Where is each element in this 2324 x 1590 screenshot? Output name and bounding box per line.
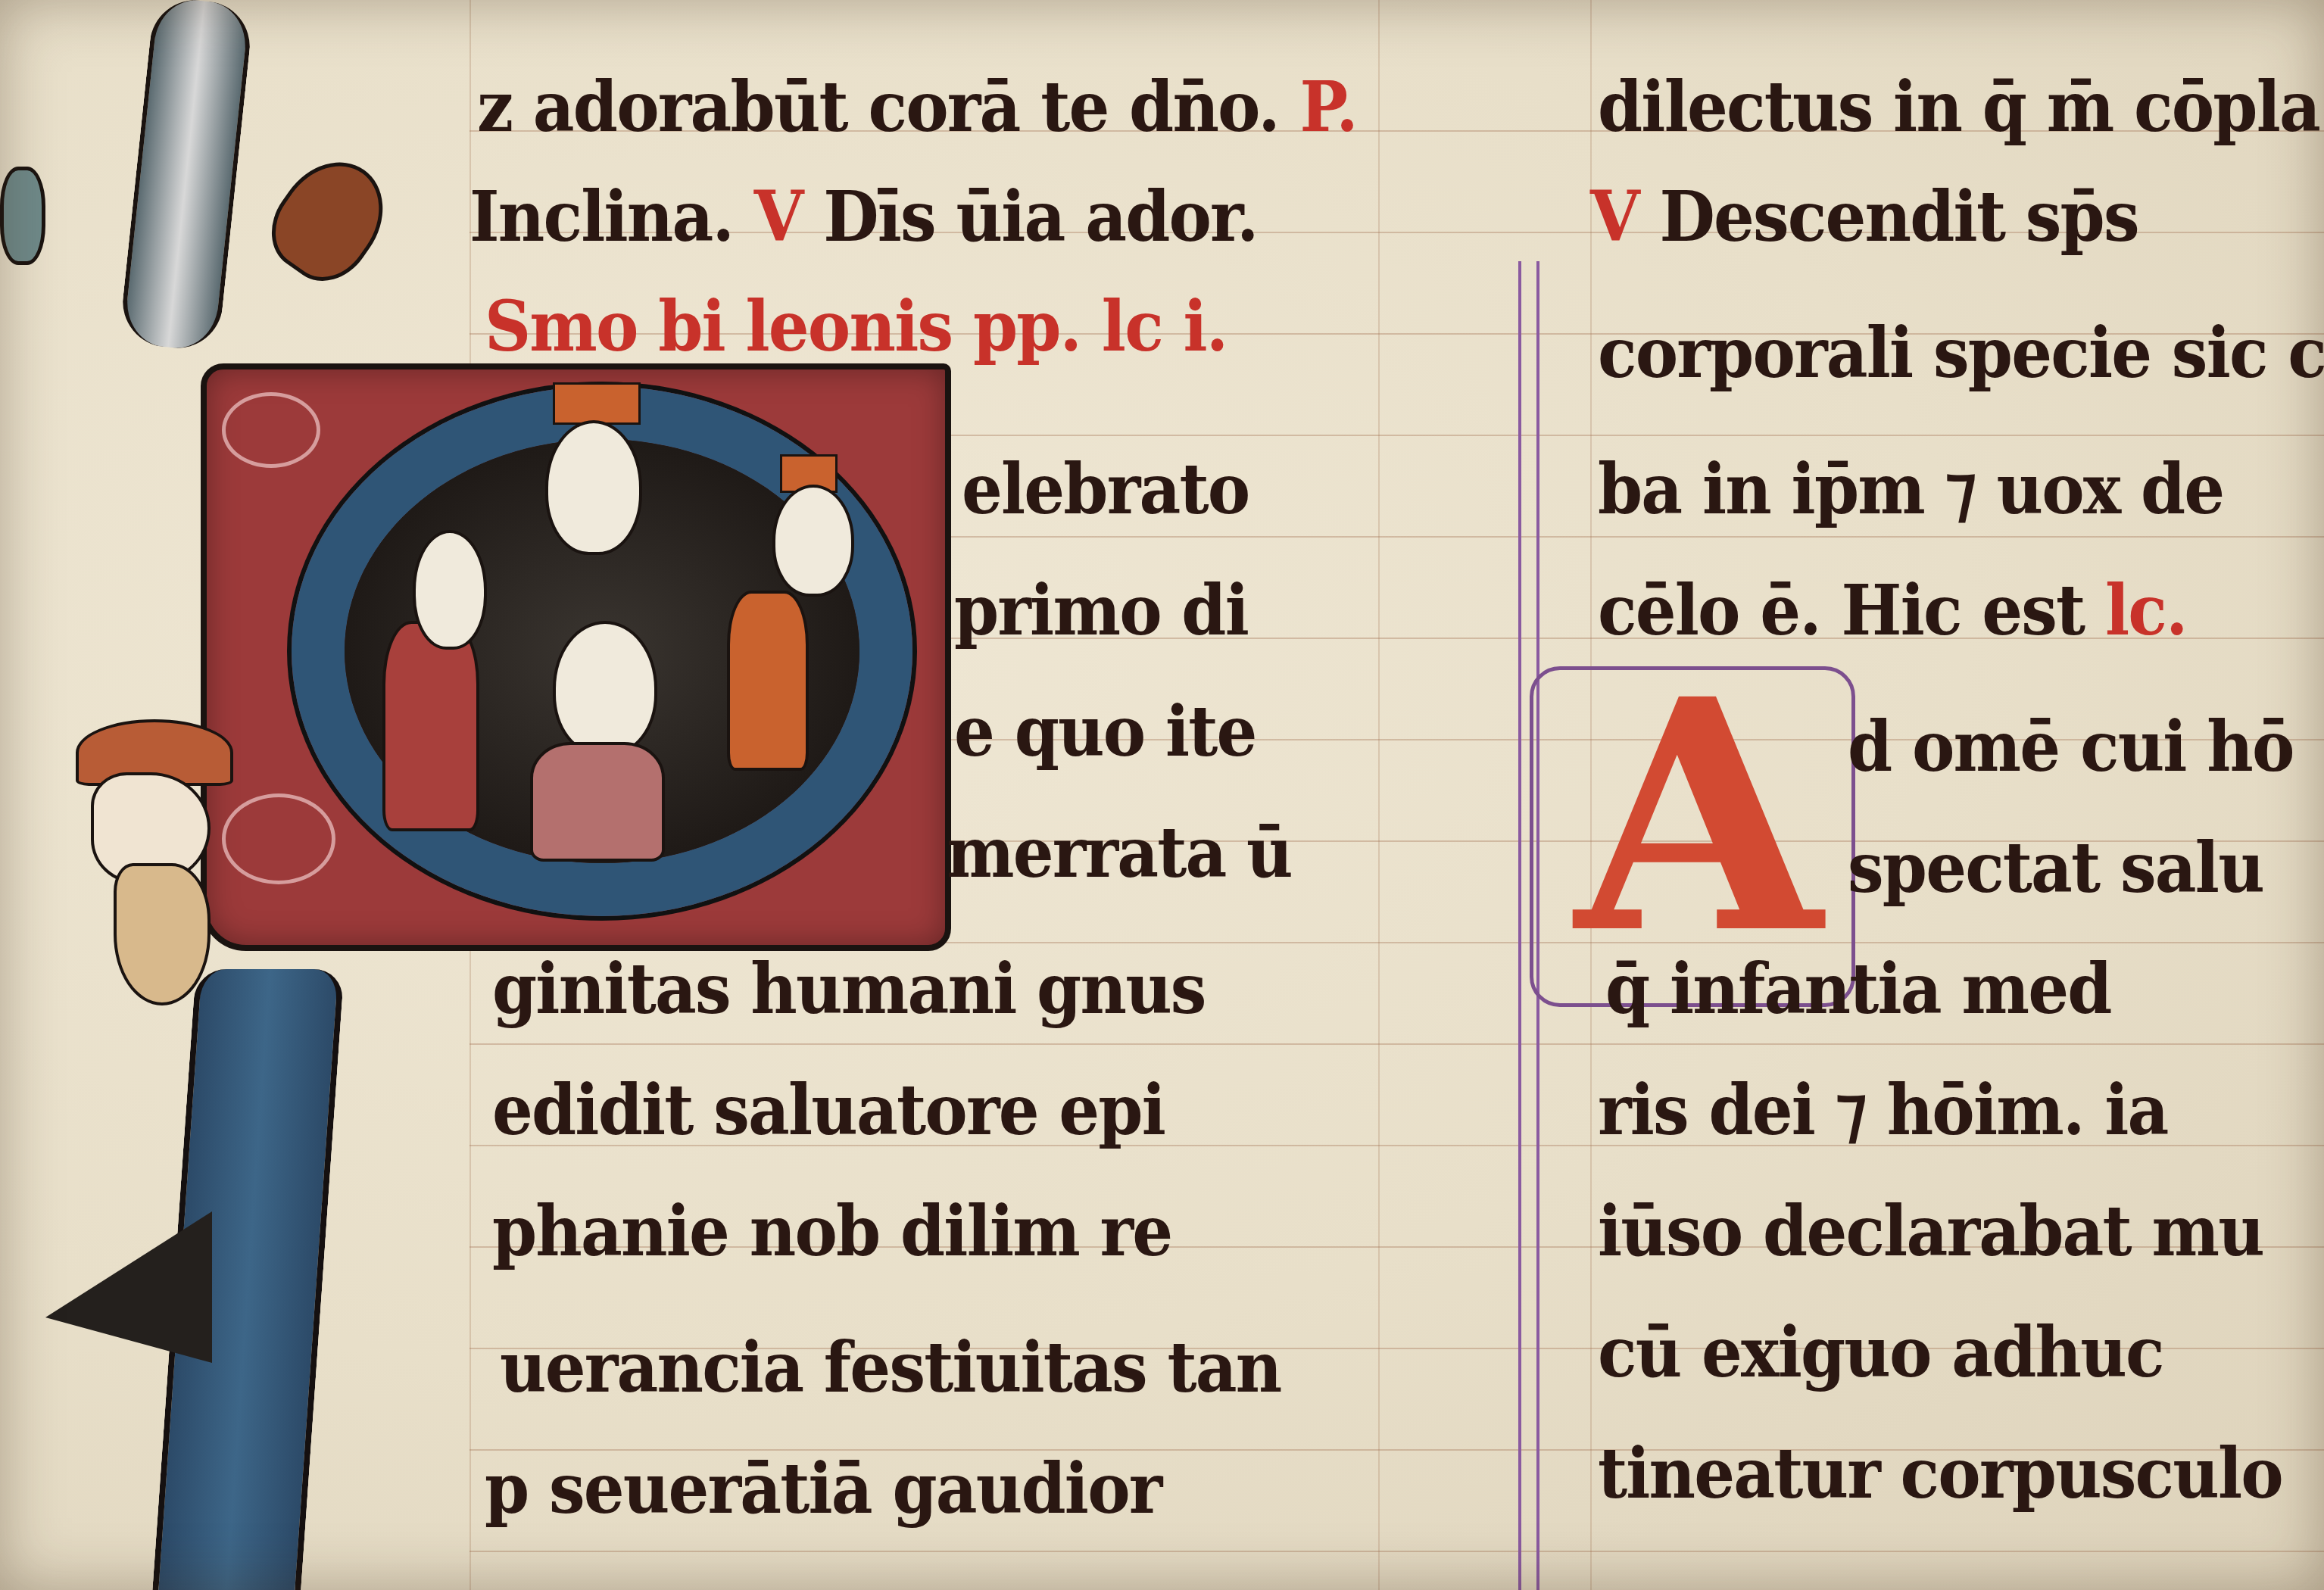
initial-a-letter: A [1575, 659, 1822, 977]
rubric-heading: Smo bi leonis pp. lc i. [485, 291, 1227, 361]
crown-icon [553, 382, 641, 425]
text-line: merrata ū [947, 818, 1292, 887]
text-line: ba in ip̄m ⁊ uox de [1598, 454, 2223, 524]
text-line: spectat salu [1848, 833, 2263, 903]
text-line: edidit saluatore epi [492, 1075, 1165, 1145]
text-line: q̄ infantia med [1605, 954, 2111, 1024]
rubric-mark: V [1590, 176, 1639, 257]
text-line: ginitas humani gnus [492, 954, 1206, 1024]
flourish [222, 793, 335, 884]
text-line: p seuerātiā gaudior [485, 1454, 1162, 1523]
text-line: phanie nob dilim re [492, 1196, 1171, 1266]
text-line: z adorabūt corā te dn̄o. P. [477, 72, 1357, 142]
right-king-figure [772, 485, 854, 597]
text-line: tineatur corpusculo [1598, 1439, 2282, 1508]
left-column-right-ruling [1378, 0, 1380, 1590]
brown-leaf-icon [254, 142, 404, 298]
text-line: elebrato [962, 454, 1249, 524]
text-line: primo di [954, 575, 1248, 645]
dark-wing-ornament [45, 1211, 212, 1363]
manuscript-page: z adorabūt corā te dn̄o. P. Inclina. V D… [0, 0, 2324, 1590]
grey-leaf-icon [0, 167, 45, 265]
rubric-mark: P. [1300, 66, 1357, 148]
text-line: uerancia festiuitas tan [500, 1333, 1281, 1402]
flourish [222, 392, 320, 468]
text-line: iūso declarabat mu [1598, 1196, 2263, 1266]
robe-right-figure [727, 591, 809, 771]
text-line: corporali specie sic colu [1598, 318, 2324, 388]
crowned-king-figure [545, 420, 642, 555]
bearded-head-profile [76, 719, 227, 931]
text-line: ris dei ⁊ hōim. ia [1598, 1075, 2168, 1145]
robe-left-figure [382, 621, 479, 831]
rubric-mark: lc. [2105, 569, 2187, 651]
text-line: dilectus in q̄ m̄ cōpla [1598, 72, 2319, 142]
text-line: V Descendit sp̄s [1590, 182, 2138, 251]
text-line: e quo ite [954, 697, 1256, 766]
vine-ornament [118, 0, 254, 353]
text-line: cū exiguo adhuc [1598, 1317, 2163, 1387]
beard [114, 863, 211, 1005]
robe-kneeling-figure [530, 742, 665, 862]
left-king-figure [413, 530, 487, 650]
text-line: d omē cui hō [1848, 712, 2294, 781]
text-line: Inclina. V Dīs ūia ador. [469, 182, 1258, 251]
kneeling-figure [553, 621, 657, 756]
rubric-mark: V [754, 176, 803, 257]
text-line: cēlo ē. Hic est lc. [1598, 575, 2187, 645]
